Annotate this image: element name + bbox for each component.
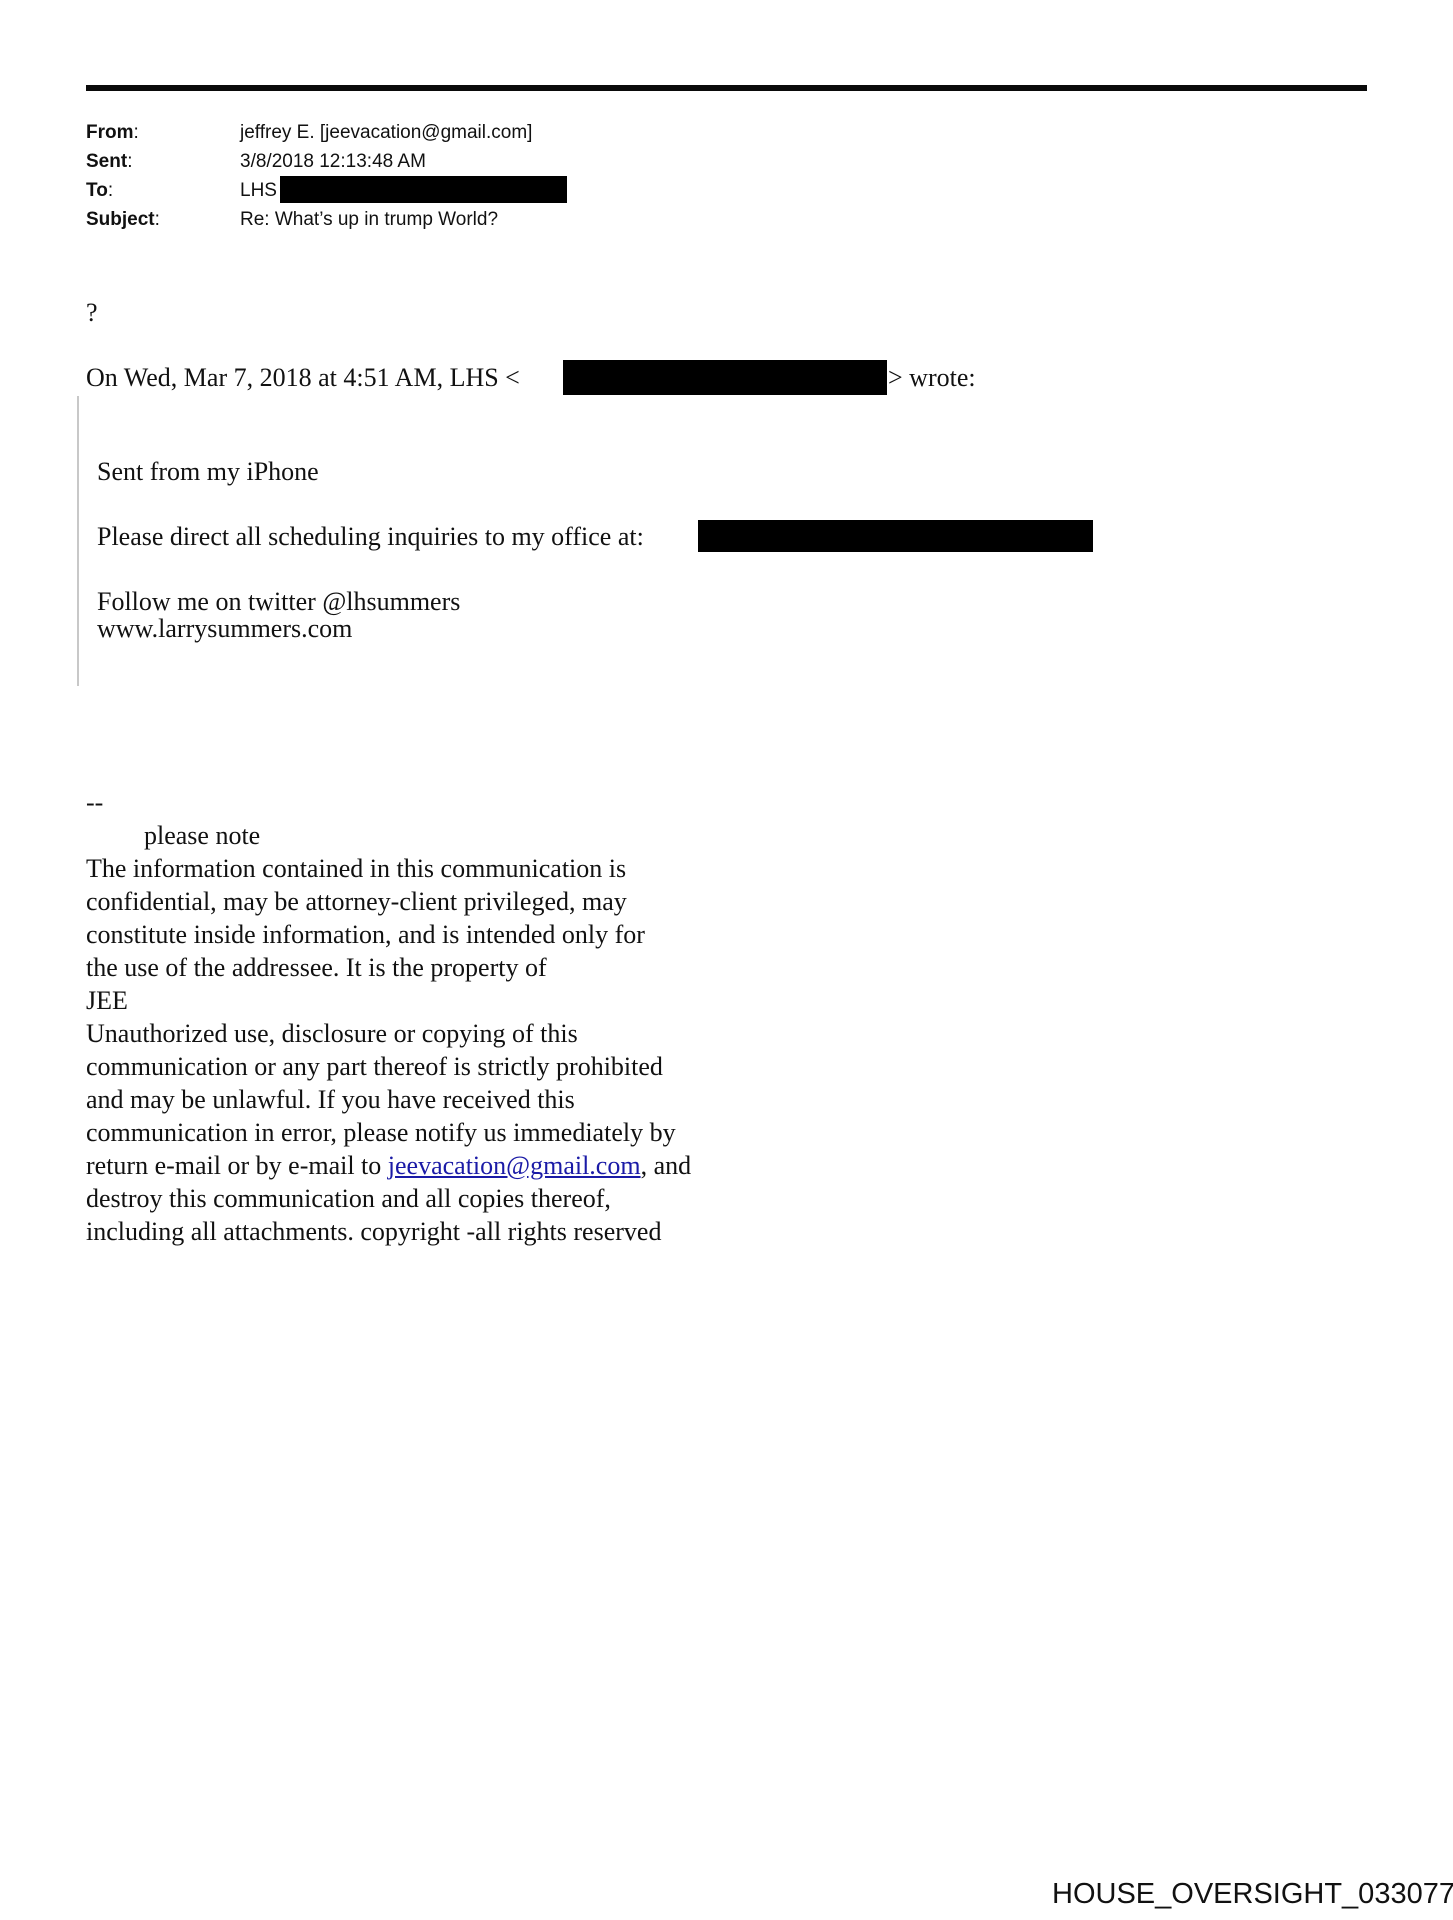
quoted-line-scheduling: Please direct all scheduling inquiries t…	[97, 520, 644, 553]
return-suffix: , and	[641, 1151, 692, 1180]
sent-label: Sent:	[86, 147, 132, 176]
bates-number: HOUSE_OVERSIGHT_033077	[1052, 1876, 1453, 1912]
subject-label: Subject:	[86, 205, 160, 234]
disclaimer-line: destroy this communication and all copie…	[86, 1182, 691, 1215]
disclaimer-line: confidential, may be attorney-client pri…	[86, 885, 691, 918]
from-value: jeffrey E. [jeevacation@gmail.com]	[240, 118, 532, 147]
subject-value: Re: What’s up in trump World?	[240, 205, 498, 234]
quote-border	[77, 396, 79, 686]
disclaimer-return-line: return e-mail or by e-mail to jeevacatio…	[86, 1149, 691, 1182]
please-note: please note	[86, 819, 691, 852]
disclaimer-line: and may be unlawful. If you have receive…	[86, 1083, 691, 1116]
disclaimer-line: constitute inside information, and is in…	[86, 918, 691, 951]
disclaimer-line: communication in error, please notify us…	[86, 1116, 691, 1149]
redaction-office-email	[698, 520, 1093, 552]
disclaimer-line: The information contained in this commun…	[86, 852, 691, 885]
quote-intro-prefix: On Wed, Mar 7, 2018 at 4:51 AM, LHS <	[86, 363, 520, 392]
disclaimer-line: JEE	[86, 984, 691, 1017]
header-divider	[86, 85, 1367, 91]
to-label: To:	[86, 176, 113, 205]
disclaimer-lines: The information contained in this commun…	[86, 852, 691, 1149]
quote-intro: On Wed, Mar 7, 2018 at 4:51 AM, LHS <	[86, 361, 520, 394]
quoted-line-website: www.larrysummers.com	[97, 612, 352, 645]
disclaimer-line: Unauthorized use, disclosure or copying …	[86, 1017, 691, 1050]
disclaimer-line: the use of the addressee. It is the prop…	[86, 951, 691, 984]
disclaimer-tail-lines: destroy this communication and all copie…	[86, 1182, 691, 1248]
email-link[interactable]: jeevacation@gmail.com	[388, 1151, 641, 1180]
redaction-sender-email	[563, 360, 887, 395]
return-prefix: return e-mail or by e-mail to	[86, 1151, 388, 1180]
disclaimer-line: communication or any part thereof is str…	[86, 1050, 691, 1083]
signature-separator: --	[86, 786, 691, 819]
disclaimer-line: including all attachments. copyright -al…	[86, 1215, 691, 1248]
from-label: From:	[86, 118, 139, 147]
signature-block: -- please note The information contained…	[86, 786, 691, 1248]
to-value: LHS	[240, 176, 277, 205]
reply-text: ?	[86, 296, 98, 329]
quoted-line-iphone: Sent from my iPhone	[97, 455, 319, 488]
quote-intro-suffix: > wrote:	[888, 361, 976, 394]
redaction-to-address	[280, 176, 567, 203]
sent-value: 3/8/2018 12:13:48 AM	[240, 147, 426, 176]
